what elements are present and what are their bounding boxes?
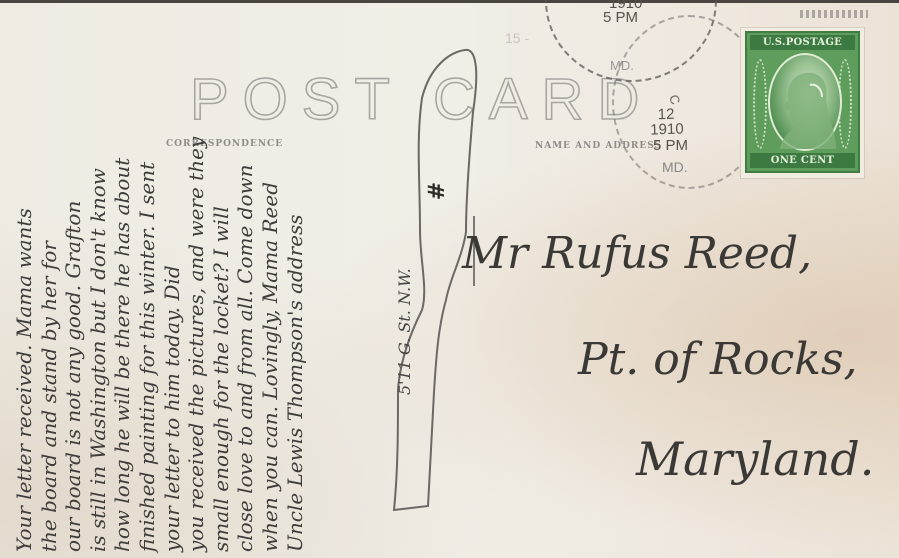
message-line: your letter to him today. Did	[160, 0, 185, 552]
message-line: how long he will be there he has about	[110, 0, 135, 552]
recipient-name: Mr Rufus Reed,	[462, 228, 812, 279]
recipient-town: Pt. of Rocks,	[578, 334, 858, 385]
message-line: small enough for the locket? I will	[209, 0, 234, 552]
message-line: our board is not any good. Grafton	[61, 0, 86, 552]
recipient-state: Maryland.	[636, 432, 874, 486]
message-line: the board and stand by her for	[37, 0, 62, 552]
postcard-back: POST CARD CORRESPONDENCE NAME AND ADDRES…	[0, 0, 899, 558]
message-line: is still in Washington but I don't know	[86, 0, 111, 552]
message-line: when you can. Lovingly, Mama Reed	[258, 0, 283, 552]
message-line: Your letter received. Mama wants	[12, 0, 37, 552]
message-line: close love to and from all. Come down	[233, 0, 258, 552]
message-line: finished painting for this winter. I sen…	[135, 0, 160, 552]
message-line: you received the pictures, and were they	[184, 0, 209, 552]
ink-mark: #	[424, 182, 450, 200]
handwritten-message: Your letter received. Mama wants the boa…	[12, 0, 307, 552]
message-line: Uncle Lewis Thompson's address	[283, 0, 308, 552]
side-note-address: 5'11 G. St. N.W.	[395, 268, 415, 395]
